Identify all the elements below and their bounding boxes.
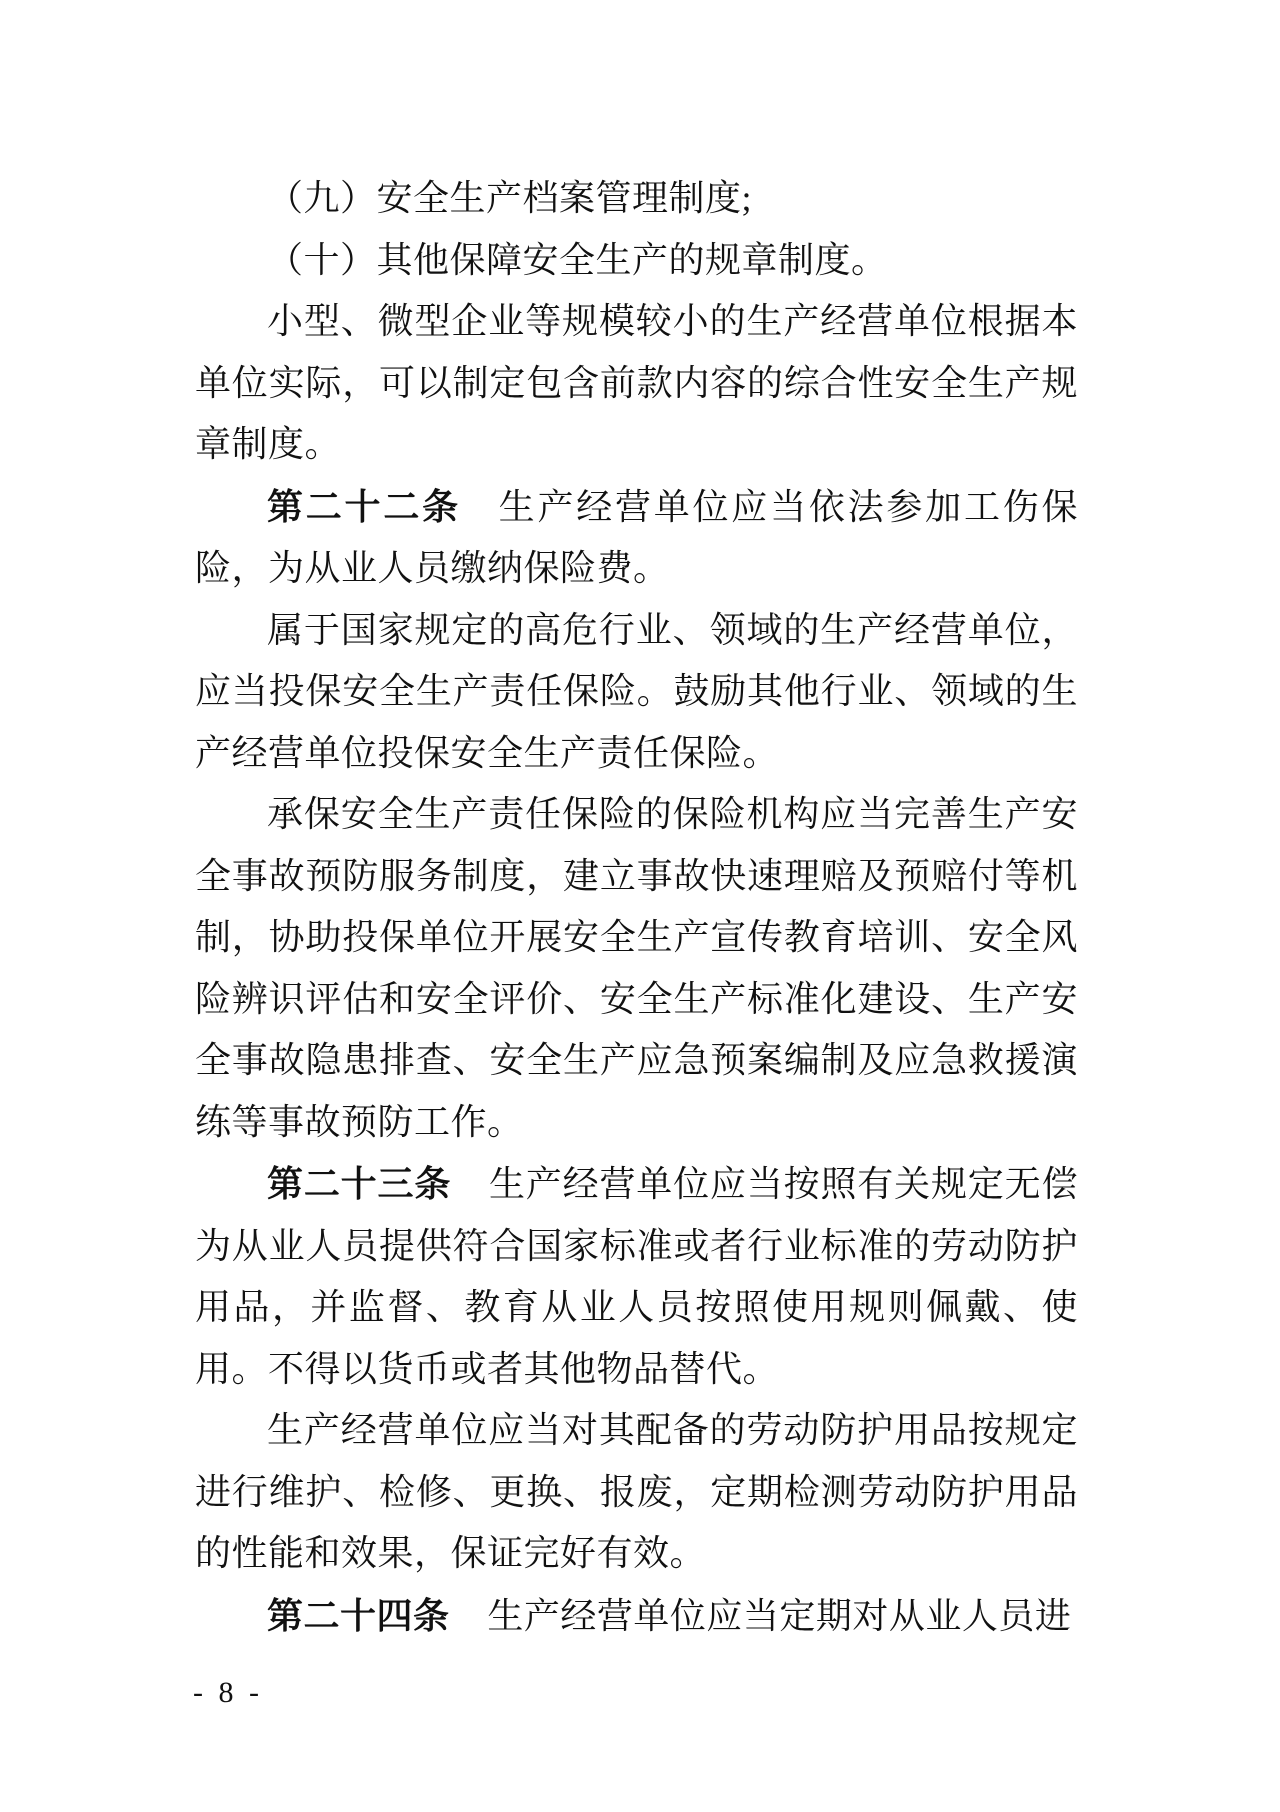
page-number: - 8 - (193, 1676, 263, 1710)
paragraph-insurer-duties: 承保安全生产责任保险的保险机构应当完善生产安全事故预防服务制度，建立事故快速理赔… (195, 784, 1078, 1153)
article-22-paragraph: 第二十二条生产经营单位应当依法参加工伤保险，为从业人员缴纳保险费。 (195, 476, 1078, 600)
paragraph-ppe-maintenance: 生产经营单位应当对其配备的劳动防护用品按规定进行维护、检修、更换、报废，定期检测… (195, 1400, 1078, 1585)
paragraph-high-risk-insurance: 属于国家规定的高危行业、领域的生产经营单位，应当投保安全生产责任保险。鼓励其他行… (195, 600, 1078, 785)
list-item-nine: （九）安全生产档案管理制度; (195, 168, 1078, 230)
document-page: （九）安全生产档案管理制度; （十）其他保障安全生产的规章制度。 小型、微型企业… (0, 0, 1280, 1812)
paragraph-small-enterprises: 小型、微型企业等规模较小的生产经营单位根据本单位实际，可以制定包含前款内容的综合… (195, 291, 1078, 476)
article-24-text: 生产经营单位应当定期对从业人员进 (487, 1596, 1071, 1636)
paragraph-insurer-duties-text: 承保安全生产责任保险的保险机构应当完善生产安全事故预防服务制度，建立事故快速理赔… (195, 794, 1078, 1142)
paragraph-small-enterprises-text: 小型、微型企业等规模较小的生产经营单位根据本单位实际，可以制定包含前款内容的综合… (195, 301, 1078, 464)
list-item-ten: （十）其他保障安全生产的规章制度。 (195, 230, 1078, 292)
article-23-number: 第二十三条 (267, 1163, 451, 1204)
article-23-paragraph: 第二十三条生产经营单位应当按照有关规定无偿为从业人员提供符合国家标准或者行业标准… (195, 1153, 1078, 1400)
paragraph-ppe-maintenance-text: 生产经营单位应当对其配备的劳动防护用品按规定进行维护、检修、更换、报废，定期检测… (195, 1410, 1078, 1573)
paragraph-high-risk-insurance-text: 属于国家规定的高危行业、领域的生产经营单位，应当投保安全生产责任保险。鼓励其他行… (195, 610, 1078, 773)
article-24-paragraph: 第二十四条生产经营单位应当定期对从业人员进 (195, 1585, 1078, 1648)
article-22-number: 第二十二条 (267, 486, 461, 527)
article-24-number: 第二十四条 (267, 1595, 450, 1636)
list-item-ten-text: （十）其他保障安全生产的规章制度。 (267, 240, 888, 280)
list-item-nine-text: （九）安全生产档案管理制度; (267, 178, 752, 218)
document-text-block: （九）安全生产档案管理制度; （十）其他保障安全生产的规章制度。 小型、微型企业… (195, 168, 1078, 1647)
